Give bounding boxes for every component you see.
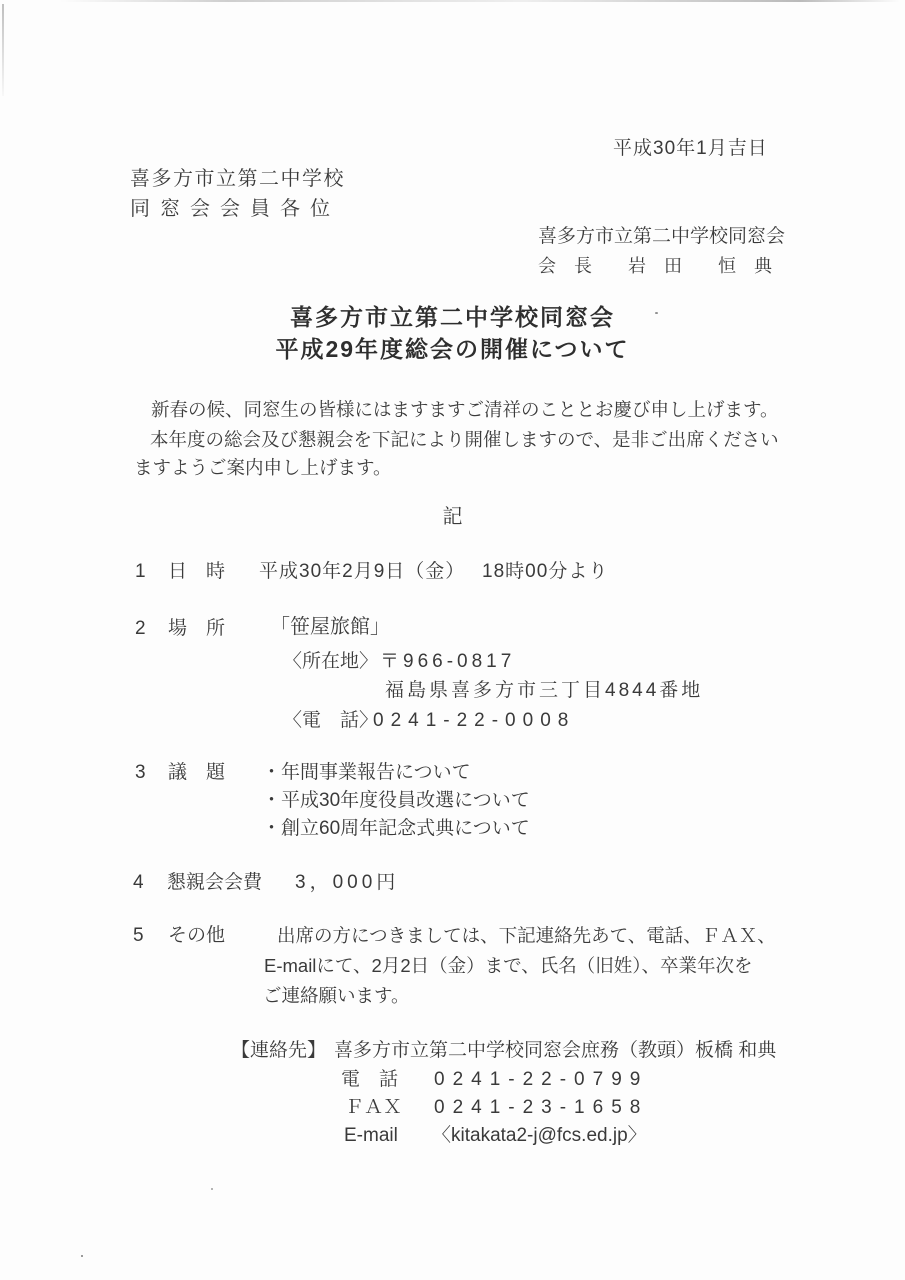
contact-person: 喜多方市立第二中学校同窓会庶務（教頭）板橋 和典 bbox=[334, 1040, 776, 1062]
item-4-number: 4 bbox=[133, 872, 144, 894]
item-1-value: 平成30年2月9日（金） 18時00分より bbox=[259, 561, 608, 583]
greeting-line1: 新春の候、同窓生の皆様にはますますご清祥のこととお慶び申し上げます。 bbox=[151, 399, 779, 421]
item-5-label: その他 bbox=[168, 925, 225, 947]
venue-name: 「笹屋旅館」 bbox=[270, 616, 390, 638]
membership-fee-value: 3，000円 bbox=[295, 872, 399, 894]
item-3-label: 議 題 bbox=[168, 762, 225, 784]
item-4-label: 懇親会会費 bbox=[167, 872, 262, 894]
item-3-number: 3 bbox=[135, 762, 146, 784]
greeting-line3: ますようご案内申し上げます。 bbox=[134, 457, 392, 479]
other-note-line3: ご連絡願います。 bbox=[263, 985, 410, 1007]
venue-address-label: 〈所在地〉 bbox=[283, 651, 378, 673]
scan-artifact-speck-mid bbox=[211, 1188, 213, 1190]
venue-tel-number: 0241-22-0008 bbox=[373, 710, 575, 732]
sender-organization: 喜多方市立第二中学校同窓会 bbox=[538, 226, 785, 248]
contact-header: 【連絡先】 bbox=[231, 1040, 326, 1062]
document-title-line1: 喜多方市立第二中学校同窓会 bbox=[0, 306, 905, 328]
contact-fax-number: 0241-23-1658 bbox=[434, 1097, 648, 1119]
contact-tel-label: 電 話 bbox=[341, 1069, 398, 1091]
item-2-label: 場 所 bbox=[168, 618, 225, 640]
contact-email-label: E-mail bbox=[344, 1125, 398, 1147]
item-1-number: 1 bbox=[135, 561, 146, 583]
contact-tel-number: 0241-22-0799 bbox=[434, 1069, 648, 1091]
contact-email-value: 〈kitakata2-j@fcs.ed.jp〉 bbox=[432, 1125, 647, 1147]
item-1-label: 日 時 bbox=[168, 561, 225, 583]
item-2-number: 2 bbox=[135, 618, 146, 640]
other-note-line1: 出席の方につきましては、下記連絡先あて、電話、ＦＡＸ、 bbox=[277, 925, 776, 947]
venue-address: 福島県喜多方市三丁目4844番地 bbox=[385, 680, 703, 702]
scan-artifact-top-edge bbox=[60, 0, 900, 2]
contact-fax-label: ＦＡＸ bbox=[345, 1097, 402, 1119]
issue-date: 平成30年1月吉日 bbox=[613, 138, 768, 160]
item-5-number: 5 bbox=[133, 925, 144, 947]
venue-tel-label: 〈電 話〉 bbox=[283, 710, 378, 732]
sender-chairman: 会 長 岩 田 恒 典 bbox=[538, 255, 772, 277]
other-note-line2: E-mailにて、2月2日（金）まで、氏名（旧姓）、卒業年次を bbox=[264, 955, 753, 977]
document-title-line2: 平成29年度総会の開催について bbox=[0, 338, 905, 360]
venue-postal-code: 〒966-0817 bbox=[380, 651, 515, 673]
scan-artifact-speck-bottom-left bbox=[81, 1255, 83, 1257]
scanned-letter-page: 平成30年1月吉日 喜多方市立第二中学校 同窓会会員各位 喜多方市立第二中学校同… bbox=[0, 0, 905, 1280]
scan-artifact-left-edge bbox=[2, 4, 4, 96]
greeting-line2: 本年度の総会及び懇親会を下記により開催しますので、是非ご出席ください bbox=[150, 429, 779, 451]
record-marker: 記 bbox=[0, 506, 905, 528]
agenda-point-1: ・年間事業報告について bbox=[262, 762, 471, 784]
agenda-point-3: ・創立60周年記念式典について bbox=[262, 818, 530, 840]
addressee-school: 喜多方市立第二中学校 bbox=[130, 168, 345, 190]
addressee-members: 同窓会会員各位 bbox=[130, 198, 340, 220]
agenda-point-2: ・平成30年度役員改選について bbox=[262, 790, 530, 812]
